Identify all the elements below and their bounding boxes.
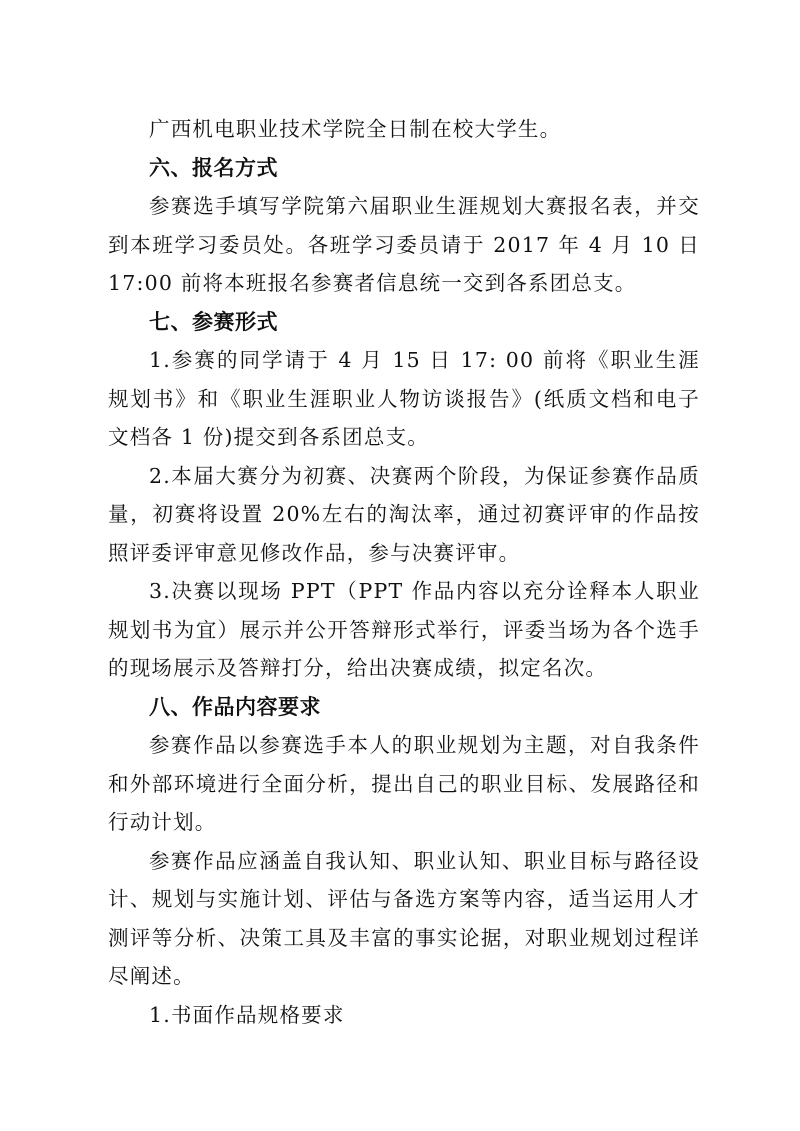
content-paragraph-1: 参赛作品以参赛选手本人的职业规划为主题，对自我条件和外部环境进行全面分析，提出自… <box>108 726 700 842</box>
written-spec-subheading: 1.书面作品规格要求 <box>108 996 700 1035</box>
format-item-1: 1.参赛的同学请于 4 月 15 日 17: 00 前将《职业生涯规划书》和《职… <box>108 341 700 457</box>
format-item-2: 2.本届大赛分为初赛、决赛两个阶段，为保证参赛作品质量，初赛将设置 20%左右的… <box>108 457 700 573</box>
eligibility-text: 广西机电职业技术学院全日制在校大学生。 <box>108 110 700 149</box>
document-page: 广西机电职业技术学院全日制在校大学生。 六、报名方式 参赛选手填写学院第六届职业… <box>108 110 700 1034</box>
section-heading-content-requirements: 八、作品内容要求 <box>108 688 700 727</box>
registration-paragraph: 参赛选手填写学院第六届职业生涯规划大赛报名表，并交到本班学习委员处。各班学习委员… <box>108 187 700 303</box>
section-heading-format: 七、参赛形式 <box>108 303 700 342</box>
content-paragraph-2: 参赛作品应涵盖自我认知、职业认知、职业目标与路径设计、规划与实施计划、评估与备选… <box>108 842 700 996</box>
format-item-3: 3.决赛以现场 PPT（PPT 作品内容以充分诠释本人职业规划书为宜）展示并公开… <box>108 572 700 688</box>
section-heading-registration: 六、报名方式 <box>108 149 700 188</box>
